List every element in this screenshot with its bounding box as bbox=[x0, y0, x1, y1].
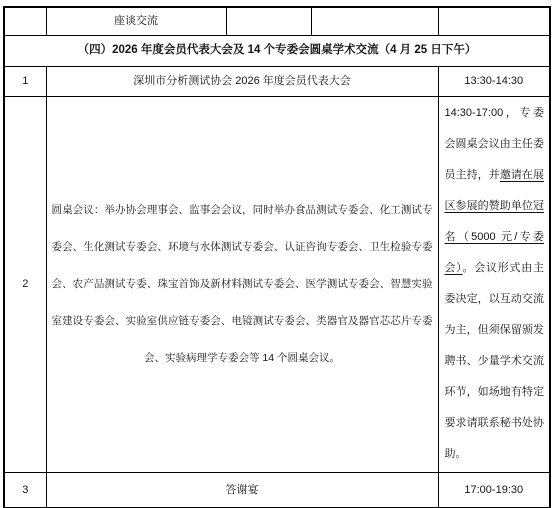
section-header-row: （四）2026 年度会员代表大会及 14 个专委会圆桌学术交流（4 月 25 日… bbox=[4, 36, 550, 67]
document-page: 座谈交流 （四）2026 年度会员代表大会及 14 个专委会圆桌学术交流（4 月… bbox=[0, 0, 552, 508]
row-1-time: 13:30-14:30 bbox=[438, 67, 550, 97]
note-text-post: 。会议形式由主委决定，以互动交流为主，但须保留颁发聘书、少量学术交流环节，如场地… bbox=[445, 262, 545, 460]
row-3-number: 3 bbox=[4, 473, 46, 508]
section-header-title: （四）2026 年度会员代表大会及 14 个专委会圆桌学术交流（4 月 25 日… bbox=[4, 36, 550, 67]
top-row-empty-cell-1 bbox=[226, 7, 311, 36]
row-1-event-title: 深圳市分析测试协会 2026 年度会员代表大会 bbox=[46, 67, 438, 97]
row-2-roundtable-description: 圆桌会议：举办协会理事会、监事会会议，同时举办食品测试专委会、化工测试专委会、生… bbox=[46, 97, 438, 473]
schedule-table: 座谈交流 （四）2026 年度会员代表大会及 14 个专委会圆桌学术交流（4 月… bbox=[3, 6, 551, 508]
row-1-number: 1 bbox=[4, 67, 46, 97]
top-row-empty-cell-3 bbox=[438, 7, 550, 36]
top-row-empty-cell-2 bbox=[311, 7, 438, 36]
row-2-number: 2 bbox=[4, 97, 46, 473]
top-row-number-cell bbox=[4, 7, 46, 36]
row-3-time: 17:00-19:30 bbox=[438, 473, 550, 508]
note-text-underlined: 邀请在展区参展的赞助单位冠名（5000 元/专委会） bbox=[445, 169, 545, 274]
top-partial-row: 座谈交流 bbox=[4, 7, 550, 36]
schedule-row-2: 2 圆桌会议：举办协会理事会、监事会会议，同时举办食品测试专委会、化工测试专委会… bbox=[4, 97, 550, 473]
row-2-note-cell: 14:30-17:00，专委会圆桌会议由主任委员主持，并邀请在展区参展的赞助单位… bbox=[438, 97, 550, 473]
schedule-row-1: 1 深圳市分析测试协会 2026 年度会员代表大会 13:30-14:30 bbox=[4, 67, 550, 97]
schedule-row-3: 3 答谢宴 17:00-19:30 bbox=[4, 473, 550, 508]
row-3-event-title: 答谢宴 bbox=[46, 473, 438, 508]
top-row-discussion-cell: 座谈交流 bbox=[46, 7, 226, 36]
